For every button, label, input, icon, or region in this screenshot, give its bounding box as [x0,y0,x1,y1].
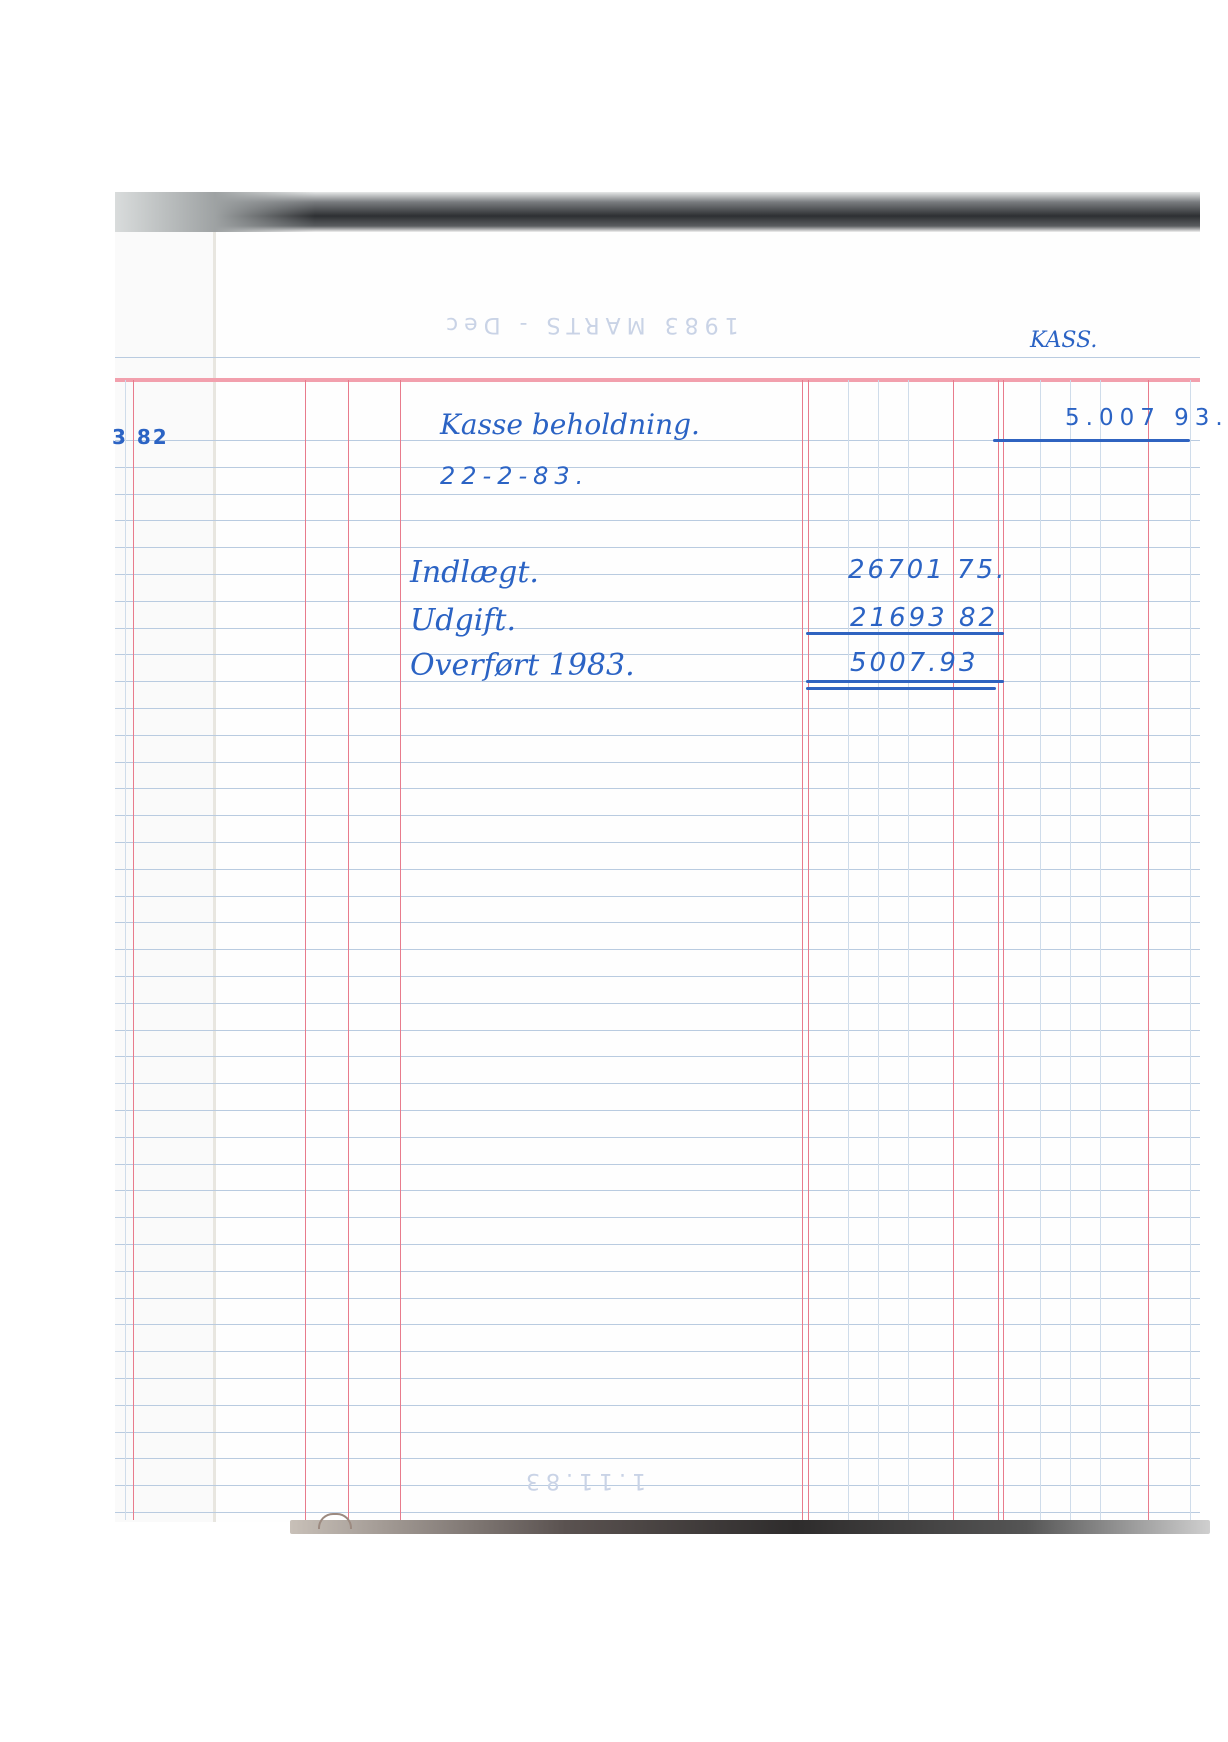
entry-description: Kasse beholdning. [440,408,700,441]
ruled-line [115,1271,1200,1272]
total-double-rule-bottom [806,687,996,690]
ruled-line [115,1056,1200,1057]
ruled-line [115,1190,1200,1191]
entry-description: Overført 1983. [410,648,635,683]
entry-amount: 26701 75. [848,555,1007,585]
ruled-line [115,654,1200,655]
ruled-line [115,869,1200,870]
column-rule [400,380,401,1520]
ruled-line [115,1137,1200,1138]
ghost-text-footer: 1.11.83 [520,1468,646,1493]
ruled-line [115,1432,1200,1433]
sub-column-rule [1070,380,1071,1520]
entry-date: 22-2-83. [440,462,589,490]
ruled-line [115,788,1200,789]
total-double-rule-top [806,680,1004,683]
ruled-line [115,494,1200,495]
ruled-line [115,1512,1200,1513]
ruled-line [115,815,1200,816]
column-rule [1148,380,1149,1520]
ruled-line [115,1405,1200,1406]
ruled-line [115,842,1200,843]
sub-column-rule [848,380,849,1520]
ruled-line [115,762,1200,763]
entry-balance: 5.007 93. [1065,405,1228,431]
ruled-line [115,1458,1200,1459]
bottom-binding-shadow [290,1520,1210,1534]
entry-amount: 21693 82 [850,603,998,633]
column-rule [1003,380,1004,1520]
sub-column-rule [908,380,909,1520]
column-rule [998,380,999,1520]
column-rule [305,380,306,1520]
ruled-line [115,1083,1200,1084]
ruled-line [115,520,1200,521]
ruled-line [115,1164,1200,1165]
column-rule [953,380,954,1520]
entry-amount: 5007.93 [850,648,979,678]
account-label: KASS. [1030,328,1097,353]
ruled-line [115,1217,1200,1218]
ruled-line [115,1378,1200,1379]
column-rule [808,380,809,1520]
ruled-line [115,467,1200,468]
sub-column-rule [125,380,126,1520]
subtotal-rule [806,632,1004,635]
ruled-line [115,1110,1200,1111]
column-rule [133,380,134,1520]
ruled-line [115,1298,1200,1299]
column-rule [802,380,803,1520]
ruled-line [115,1351,1200,1352]
sub-column-rule [1100,380,1101,1520]
ruled-line [115,949,1200,950]
ruled-line [115,1485,1200,1486]
ruled-line [115,896,1200,897]
ruled-line [115,547,1200,548]
entry-description: Udgift. [410,603,516,638]
ruled-line [115,735,1200,736]
header-red-rule [115,378,1200,382]
ruled-line [115,1324,1200,1325]
ruled-line [115,601,1200,602]
column-rule [348,380,349,1520]
balance-underline [993,439,1190,442]
ruled-line [115,681,1200,682]
entry-description: Indlægt. [410,555,539,590]
sub-column-rule [1190,380,1191,1520]
ruled-line [115,708,1200,709]
ruled-line [115,1030,1200,1031]
header-blue-rule [115,357,1200,358]
ghost-text-header: 1983 MARTS - Dec [440,312,739,337]
ruled-line [115,976,1200,977]
ruled-line [115,574,1200,575]
sub-column-rule [878,380,879,1520]
ruled-line [115,628,1200,629]
top-binding-shadow [115,192,1200,232]
margin-fragment: 3 82 [112,425,169,449]
sub-column-rule [1040,380,1041,1520]
ruled-line [115,922,1200,923]
ruled-line [115,1244,1200,1245]
ruled-line [115,1003,1200,1004]
